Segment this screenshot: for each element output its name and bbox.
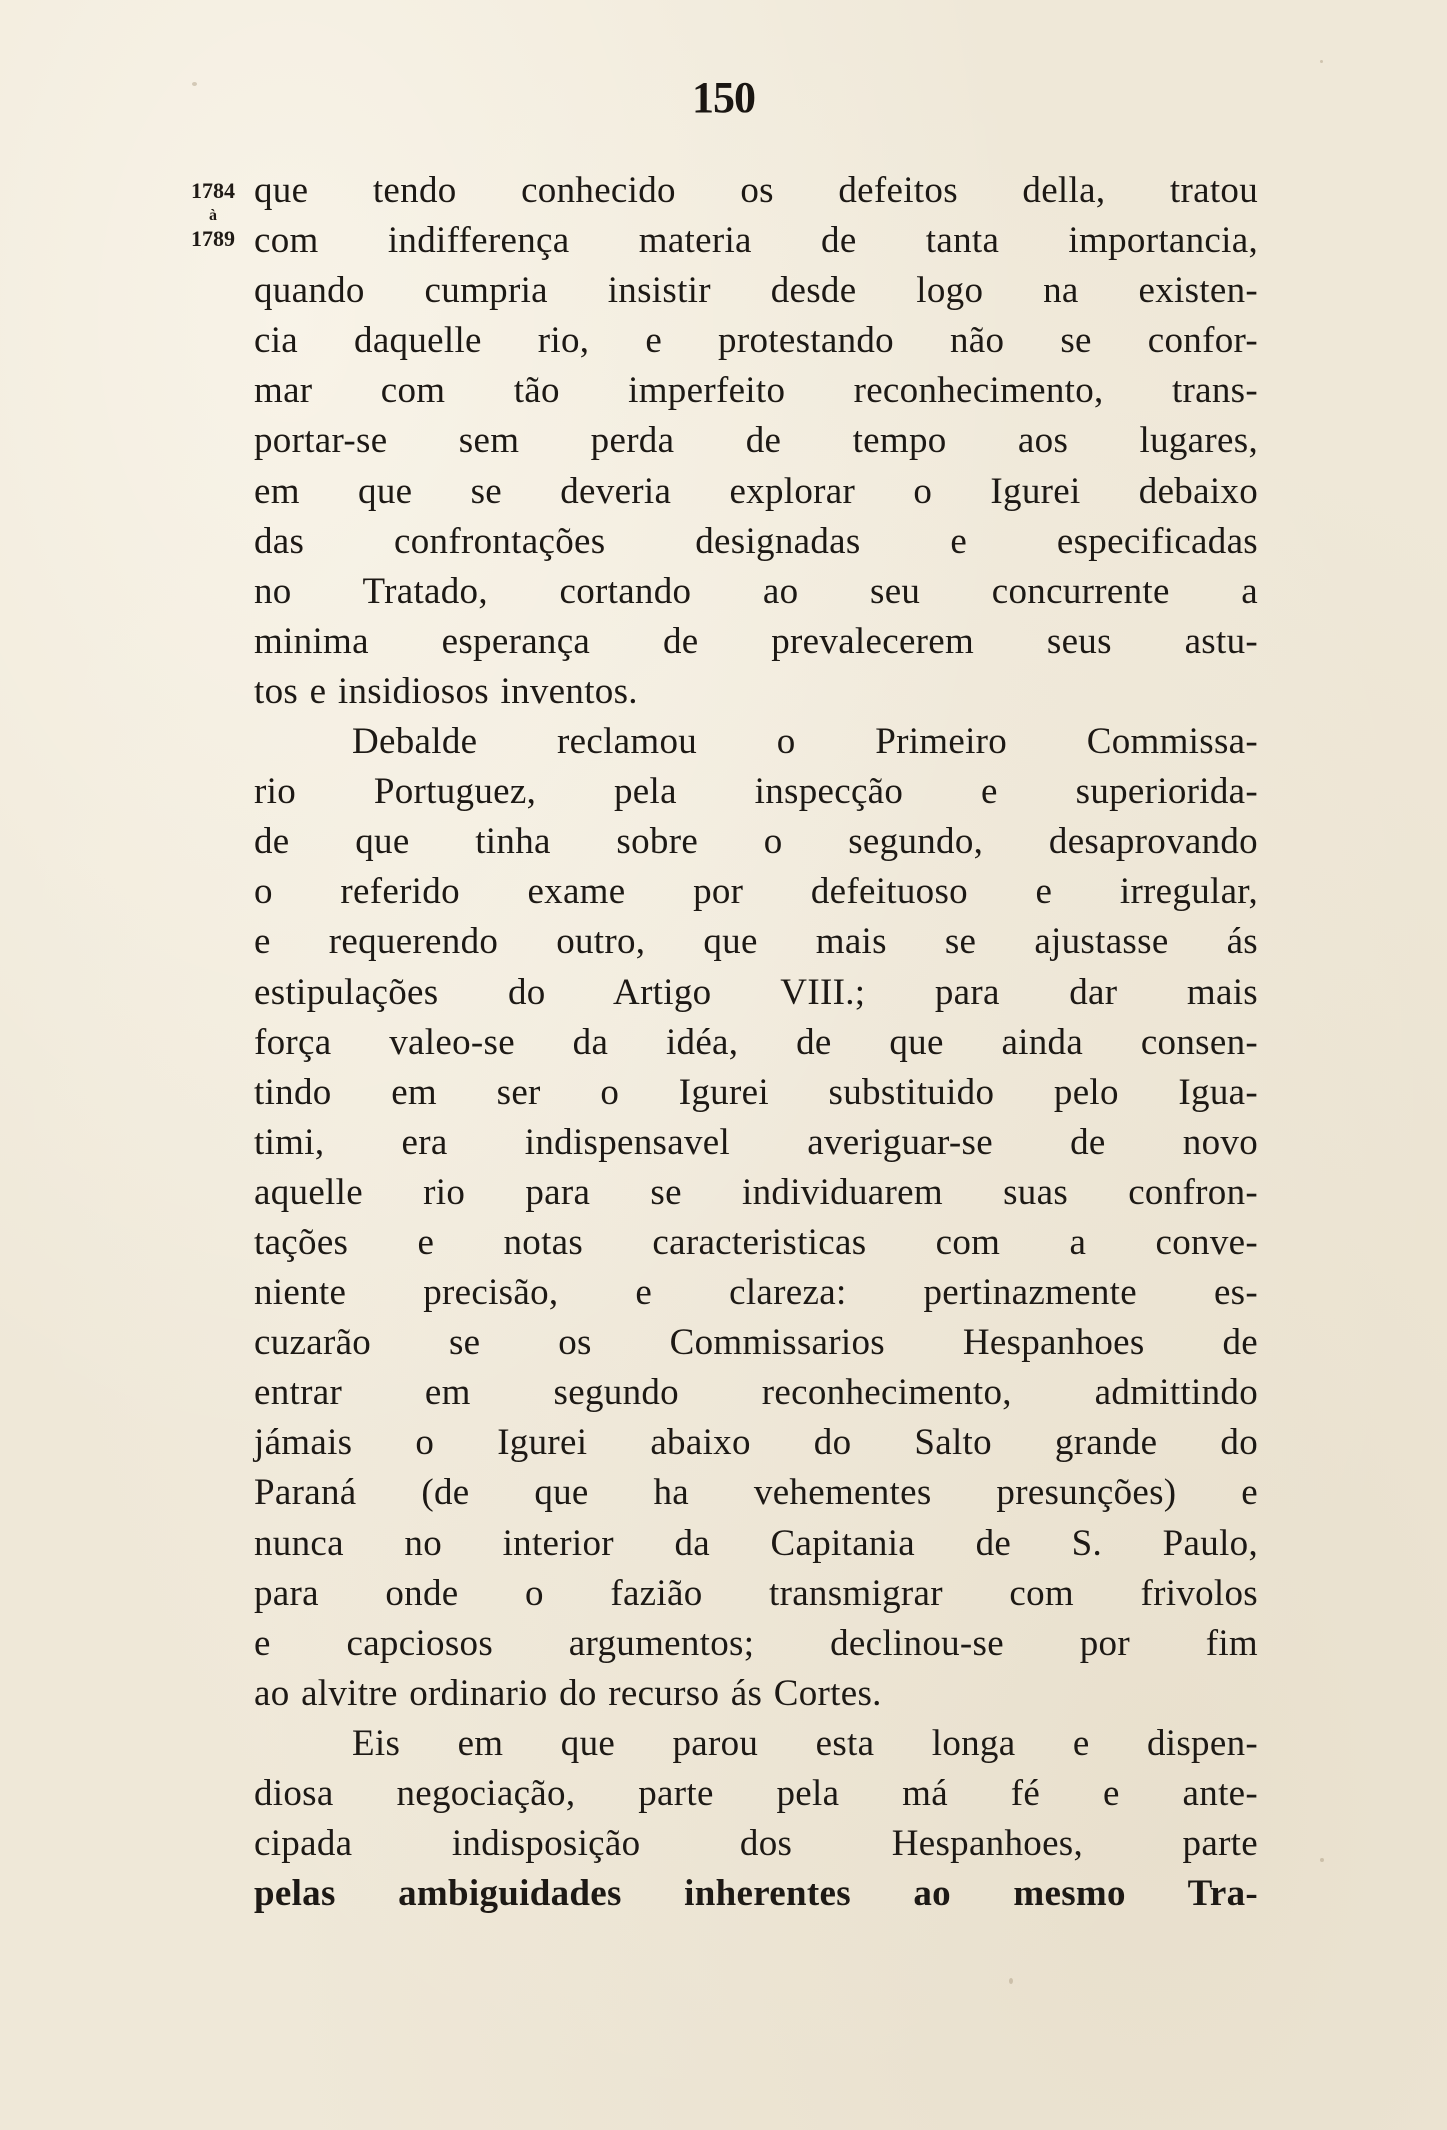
text-line: cuzarão se os Commissarios Hespanhoes de xyxy=(254,1318,1258,1368)
text-line: diosa negociação, parte pela má fé e ant… xyxy=(254,1769,1258,1819)
margin-note-start-year: 1784 xyxy=(178,180,248,202)
text-line: entrar em segundo reconhecimento, admitt… xyxy=(254,1368,1258,1418)
paper-speck xyxy=(192,82,197,86)
text-line: no Tratado, cortando ao seu concurrente … xyxy=(254,567,1258,617)
text-line-paragraph-end: tos e insidiosos inventos. xyxy=(254,667,1258,717)
text-line: e capciosos argumentos; declinou-se por … xyxy=(254,1619,1258,1669)
text-line: minima esperança de prevalecerem seus as… xyxy=(254,617,1258,667)
text-line: estipulações do Artigo VIII.; para dar m… xyxy=(254,968,1258,1018)
text-line: nunca no interior da Capitania de S. Pau… xyxy=(254,1519,1258,1569)
text-line: cipada indisposição dos Hespanhoes, part… xyxy=(254,1819,1258,1869)
margin-note-connector: à xyxy=(178,208,248,224)
text-line: em que se deveria explorar o Igurei deba… xyxy=(254,467,1258,517)
text-line: portar-se sem perda de tempo aos lugares… xyxy=(254,416,1258,466)
text-line: com indifferença materia de tanta import… xyxy=(254,216,1258,266)
text-line: pelas ambiguidades inherentes ao mesmo T… xyxy=(254,1869,1258,1919)
body-text: que tendo conhecido os defeitos della, t… xyxy=(254,166,1258,1919)
text-line: o referido exame por defeituoso e irregu… xyxy=(254,867,1258,917)
text-line: das confrontações designadas e especific… xyxy=(254,517,1258,567)
text-line: e requerendo outro, que mais se ajustass… xyxy=(254,917,1258,967)
text-line: mar com tão imperfeito reconhecimento, t… xyxy=(254,366,1258,416)
paper-speck xyxy=(1009,1978,1013,1984)
text-line: cia daquelle rio, e protestando não se c… xyxy=(254,316,1258,366)
text-line: jámais o Igurei abaixo do Salto grande d… xyxy=(254,1418,1258,1468)
text-line: Paraná (de que ha vehementes presunções)… xyxy=(254,1468,1258,1518)
text-line: de que tinha sobre o segundo, desaprovan… xyxy=(254,817,1258,867)
book-page: 150 1784 à 1789 que tendo conhecido os d… xyxy=(0,0,1447,2130)
text-line: aquelle rio para se individuarem suas co… xyxy=(254,1168,1258,1218)
text-line: niente precisão, e clareza: pertinazment… xyxy=(254,1268,1258,1318)
text-line-paragraph-start: Eis em que parou esta longa e dispen- xyxy=(254,1719,1258,1769)
paper-speck xyxy=(1320,60,1323,63)
text-line-paragraph-end: ao alvitre ordinario do recurso ás Corte… xyxy=(254,1669,1258,1719)
text-line: tações e notas caracteristicas com a con… xyxy=(254,1218,1258,1268)
text-line-paragraph-start: Debalde reclamou o Primeiro Commissa- xyxy=(254,717,1258,767)
page-number: 150 xyxy=(0,72,1447,123)
paper-speck xyxy=(1320,1858,1324,1862)
text-line: que tendo conhecido os defeitos della, t… xyxy=(254,166,1258,216)
text-line: timi, era indispensavel averiguar-se de … xyxy=(254,1118,1258,1168)
margin-note-date-range: 1784 à 1789 xyxy=(178,180,248,250)
text-line: tindo em ser o Igurei substituido pelo I… xyxy=(254,1068,1258,1118)
margin-note-end-year: 1789 xyxy=(178,228,248,250)
text-line: força valeo-se da idéa, de que ainda con… xyxy=(254,1018,1258,1068)
text-line: para onde o fazião transmigrar com frivo… xyxy=(254,1569,1258,1619)
text-line: rio Portuguez, pela inspecção e superior… xyxy=(254,767,1258,817)
text-line: quando cumpria insistir desde logo na ex… xyxy=(254,266,1258,316)
